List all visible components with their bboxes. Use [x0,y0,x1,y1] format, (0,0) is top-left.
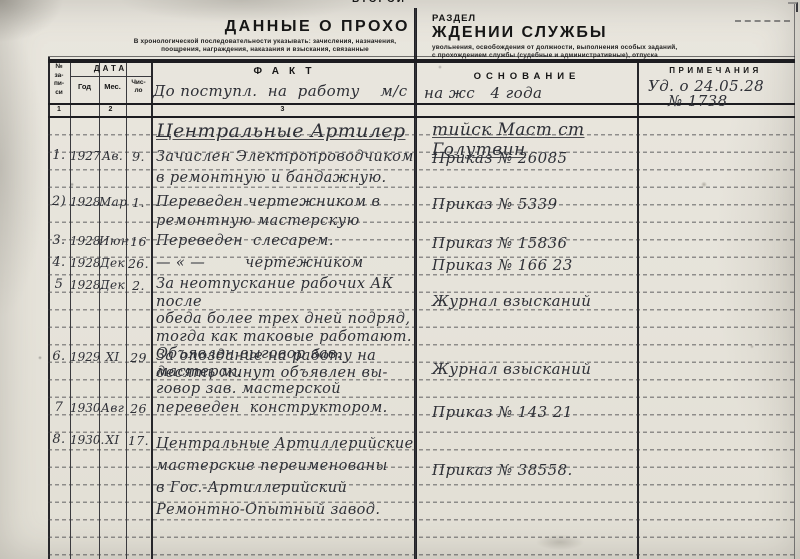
record-no: 4. [48,254,70,276]
notes-cell [652,276,795,348]
basis-cell: Приказ № 143 21 [422,399,652,431]
fact-cell: Центральные Артиллерийские мастерские пе… [151,431,422,526]
year-cell: 1928. [70,193,99,232]
record-no: 3. [48,232,70,254]
header-fact: ФАКТ [151,66,414,77]
record-no: 8. [48,431,70,526]
header-notes: ПРИМЕЧАНИЯ [637,66,794,75]
month-cell: XI [99,431,126,526]
record-no: 7 [48,399,70,431]
fact-cell: Переведен слесарем. [151,232,422,254]
header-date: ДАТА [70,64,151,73]
table-row: 1. 1927 Ав. 9. Зачислен Электропроводчик… [48,147,795,193]
date-header-underline [70,76,151,77]
record-no: 5 [48,276,70,348]
fact-cell: За опоздание на работу на десять минут о… [151,348,422,399]
basis-cell: Приказ № 5339 [422,193,652,232]
fact-cell: — « — чертежником [151,254,422,276]
fact-cell: переведен конструктором. [151,399,422,431]
basis-cell: Приказ № 166 23 [422,254,652,276]
section-number-label: ВТОРОЙ [352,0,406,5]
day-cell: 2. [126,276,151,348]
notes-cell [652,232,795,254]
fact-cell: Зачислен Электропроводчиком в ремонтную … [151,147,422,193]
month-cell: Ав. [99,147,126,193]
scanned-service-record-page: ВТОРОЙ ДАННЫЕ О ПРОХО В хронологической … [0,0,800,559]
year-cell: 1930 [70,399,99,431]
table-row: 2) 1928. Мар 1. Переведен чертежником в … [48,193,795,232]
basis-cell: Журнал взысканий [422,276,652,348]
month-cell: XI [99,348,126,399]
notes-cell [652,193,795,232]
month-cell: Мар [99,193,126,232]
handwritten-notes-certificate-line2: № 1738 [668,92,788,110]
table-row: 5 1928. Дек 2. За неотпускание рабочих А… [48,276,795,348]
basis-cell: Журнал взысканий [422,348,652,399]
left-subtitle-line1: В хронологической последовательности ука… [118,38,412,46]
header-record-no: № за- пи- си [48,63,70,97]
header-month: Мес. [99,82,126,91]
day-cell: 17. [126,431,151,526]
table-top-thin-rule [48,56,795,57]
header-basis: ОСНОВАНИЕ [417,71,637,82]
empty-rows-area [48,526,795,559]
notes-cell [652,399,795,431]
handwritten-fact-header-note: До поступл. на работу м/с [153,82,423,100]
notes-cell [652,118,795,147]
basis-cell: Приказ № 15836 [422,232,652,254]
month-cell: Авг [99,399,126,431]
basis-cell: Приказ № 38558. [422,431,652,526]
table-row: 3. 1928 Июн 16 Переведен слесарем. Прика… [48,232,795,254]
table-row: 8. 1930. XI 17. Центральные Артиллерийск… [48,431,795,526]
day-cell: 1. [126,193,151,232]
year-cell: 1928 [70,254,99,276]
right-page-subtitle: увольнения, освобождения от должности, в… [432,44,762,60]
corner-crop-mark [788,2,798,12]
notes-cell [652,348,795,399]
right-page-section-label: РАЗДЕЛ [432,13,476,24]
day-cell: 26. [126,254,151,276]
notes-cell [652,431,795,526]
left-subtitle-line2: поощрения, награждения, наказания и взыс… [118,46,412,54]
table-top-border [48,59,795,63]
right-subtitle-line1: увольнения, освобождения от должности, в… [432,44,762,52]
header-year: Год [70,82,99,91]
notes-cell [652,147,795,193]
top-right-dash-mark [735,20,790,22]
table-row: 6. 1929 XI 29 За опоздание на работу на … [48,348,795,399]
month-cell: Дек [99,254,126,276]
day-cell: 26 [126,399,151,431]
column-number-3: 3 [151,106,414,113]
left-page-title: ДАННЫЕ О ПРОХО [150,18,410,36]
year-cell: 1928. [70,276,99,348]
day-cell: 9. [126,147,151,193]
table-row: 4. 1928 Дек 26. — « — чертежником Приказ… [48,254,795,276]
organization-name-left: Центральные Артилер [156,120,405,142]
day-cell: 16 [126,232,151,254]
record-no: 1. [48,147,70,193]
right-page-title: ЖДЕНИИ СЛУЖБЫ [432,24,608,42]
day-cell: 29 [126,348,151,399]
month-cell: Дек [99,276,126,348]
year-cell: 1928 [70,232,99,254]
header-day: Чис- ло [126,79,151,94]
basis-cell: Приказ № 26085 [422,147,652,193]
fact-cell: Переведен чертежником в ремонтную мастер… [151,193,422,232]
fact-cell: За неотпускание рабочих АК после обеда б… [151,276,422,348]
left-page-subtitle: В хронологической последовательности ука… [118,38,412,54]
record-no: 6. [48,348,70,399]
table-body: Центральные Артилер тийск Маст ст Голутв… [48,118,795,559]
organization-title-row: Центральные Артилер тийск Маст ст Голутв… [48,118,795,147]
month-cell: Июн [99,232,126,254]
table-row: 7 1930 Авг 26 переведен конструктором. П… [48,399,795,431]
notes-cell [652,254,795,276]
year-cell: 1929 [70,348,99,399]
year-cell: 1930. [70,431,99,526]
record-no: 2) [48,193,70,232]
column-number-1: 1 [48,106,70,113]
handwritten-basis-header-note: на жс 4 года [424,84,624,102]
year-cell: 1927 [70,147,99,193]
column-number-2: 2 [70,106,151,113]
